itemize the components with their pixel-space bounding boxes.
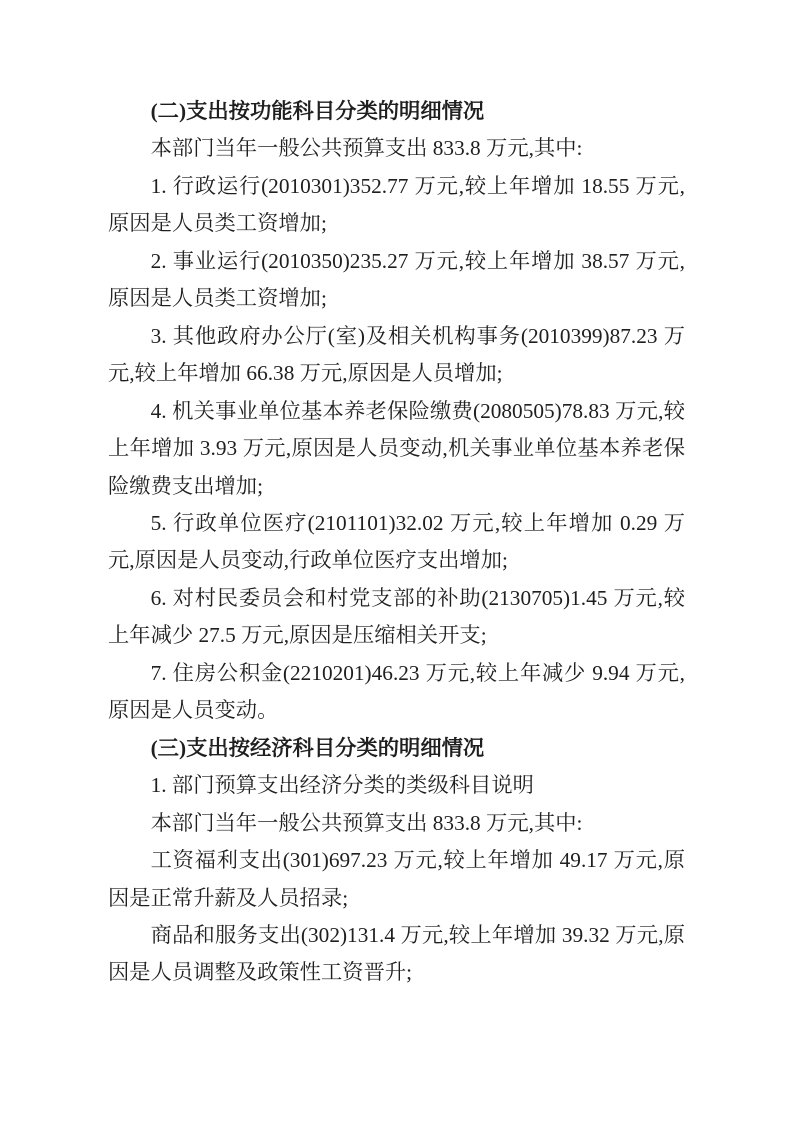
body-paragraph: 2. 事业运行(2010350)235.27 万元,较上年增加 38.57 万元… <box>108 243 685 318</box>
body-paragraph: 5. 行政单位医疗(2101101)32.02 万元,较上年增加 0.29 万元… <box>108 505 685 580</box>
body-paragraph: 7. 住房公积金(2210201)46.23 万元,较上年减少 9.94 万元,… <box>108 655 685 730</box>
body-paragraph: 6. 对村民委员会和村党支部的补助(2130705)1.45 万元,较上年减少 … <box>108 580 685 655</box>
document-page: (二)支出按功能科目分类的明细情况本部门当年一般公共预算支出 833.8 万元,… <box>0 0 793 1122</box>
body-paragraph: 1. 部门预算支出经济分类的类级科目说明 <box>108 767 685 804</box>
section-heading: (三)支出按经济科目分类的明细情况 <box>108 730 685 767</box>
body-paragraph: 商品和服务支出(302)131.4 万元,较上年增加 39.32 万元,原因是人… <box>108 917 685 992</box>
body-paragraph: 本部门当年一般公共预算支出 833.8 万元,其中: <box>108 805 685 842</box>
document-text-block: (二)支出按功能科目分类的明细情况本部门当年一般公共预算支出 833.8 万元,… <box>108 93 685 992</box>
body-paragraph: 1. 行政运行(2010301)352.77 万元,较上年增加 18.55 万元… <box>108 168 685 243</box>
body-paragraph: 工资福利支出(301)697.23 万元,较上年增加 49.17 万元,原因是正… <box>108 842 685 917</box>
section-heading: (二)支出按功能科目分类的明细情况 <box>108 93 685 130</box>
body-paragraph: 4. 机关事业单位基本养老保险缴费(2080505)78.83 万元,较上年增加… <box>108 393 685 505</box>
body-paragraph: 本部门当年一般公共预算支出 833.8 万元,其中: <box>108 130 685 167</box>
body-paragraph: 3. 其他政府办公厅(室)及相关机构事务(2010399)87.23 万元,较上… <box>108 318 685 393</box>
